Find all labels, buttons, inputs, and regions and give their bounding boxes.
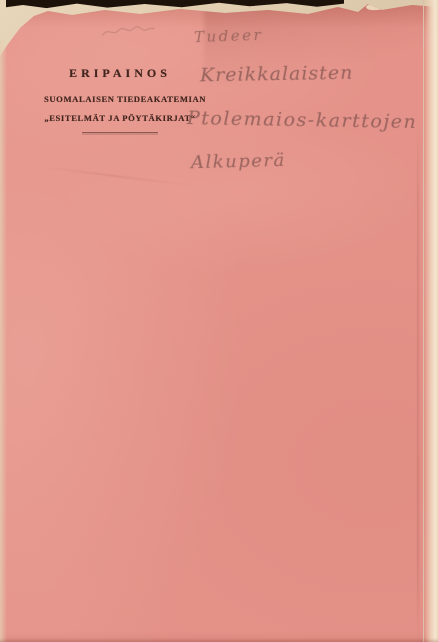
bottom-scan-shadow — [0, 638, 438, 642]
printed-title-block: ERIPAINOS SUOMALAISEN TIEDEAKATEMIAN „ES… — [44, 66, 196, 135]
handwritten-word-3: Alkuperä — [191, 150, 286, 173]
pink-cover-sheet: ERIPAINOS SUOMALAISEN TIEDEAKATEMIAN „ES… — [0, 0, 438, 642]
pencil-scribble — [100, 20, 156, 44]
handwritten-word-1: Kreikkalaisten — [200, 62, 354, 87]
scanner-background-strip — [6, 0, 344, 9]
series-label: ERIPAINOS — [44, 66, 196, 81]
page-right-edge — [423, 0, 438, 642]
handwritten-author: Tudeer — [194, 26, 264, 46]
academy-name: SUOMALAISEN TIEDEAKATEMIAN — [44, 94, 196, 104]
under-page-left-edge — [0, 40, 7, 642]
divider-rule — [82, 132, 158, 135]
publication-title: „ESITELMÄT JA PÖYTÄKIRJAT“ — [44, 113, 196, 123]
paper-crease — [40, 166, 189, 186]
right-crease-line — [417, 120, 419, 642]
scanned-document-photo: ERIPAINOS SUOMALAISEN TIEDEAKATEMIAN „ES… — [0, 0, 438, 642]
handwritten-word-2: Ptolemaios-karttojen — [187, 107, 418, 133]
